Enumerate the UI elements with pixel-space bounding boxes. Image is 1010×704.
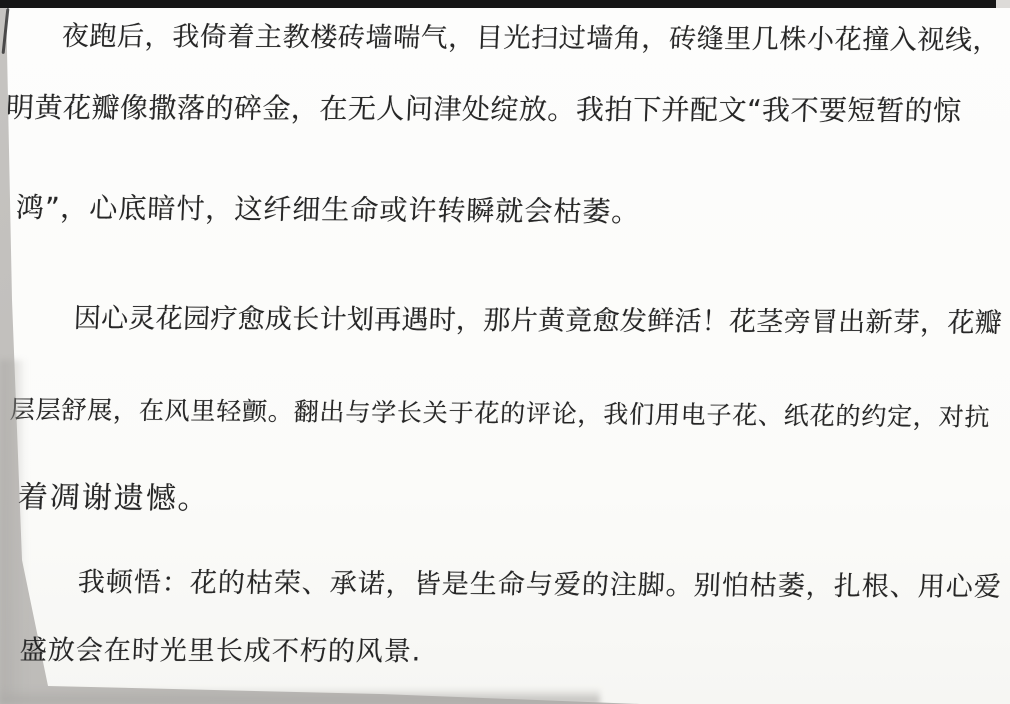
- photo-edge-top: [0, 0, 1010, 8]
- paper-edge-bottom-shadow: [0, 688, 600, 704]
- handwritten-line-2: 明黄花瓣像撒落的碎金，在无人问津处绽放。我拍下并配文“我不要短暂的惊: [5, 86, 962, 129]
- handwritten-line-1: 夜跑后，我倚着主教楼砖墙喘气，目光扫过墙角，砖缝里几株小花撞入视线，: [61, 14, 1001, 57]
- handwritten-line-5: 层层舒展，在风里轻颤。翻出与学长关于花的评论，我们用电子花、纸花的约定，对抗: [9, 390, 991, 434]
- handwritten-line-3: 鸿”，心底暗忖，这纤细生命或许转瞬就会枯萎。: [15, 186, 641, 230]
- handwritten-line-7: 我顿悟：花的枯荣、承诺，皆是生命与爱的注脚。别怕枯萎，扎根、用心爱: [77, 560, 1003, 604]
- handwritten-line-8: 盛放会在时光里长成不朽的风景.: [19, 628, 422, 668]
- photo-background: 夜跑后，我倚着主教楼砖墙喘气，目光扫过墙角，砖缝里几株小花撞入视线， 明黄花瓣像…: [0, 0, 1010, 704]
- handwritten-line-6: 着凋谢遗憾。: [17, 472, 211, 518]
- photo-edge-top-fade: [996, 0, 1010, 8]
- paper-edge-left-shadow: [0, 360, 26, 704]
- handwritten-line-4: 因心灵花园疗愈成长计划再遇时，那片黄竟愈发鲜活！花茎旁冒出新芽，花瓣: [73, 296, 1003, 340]
